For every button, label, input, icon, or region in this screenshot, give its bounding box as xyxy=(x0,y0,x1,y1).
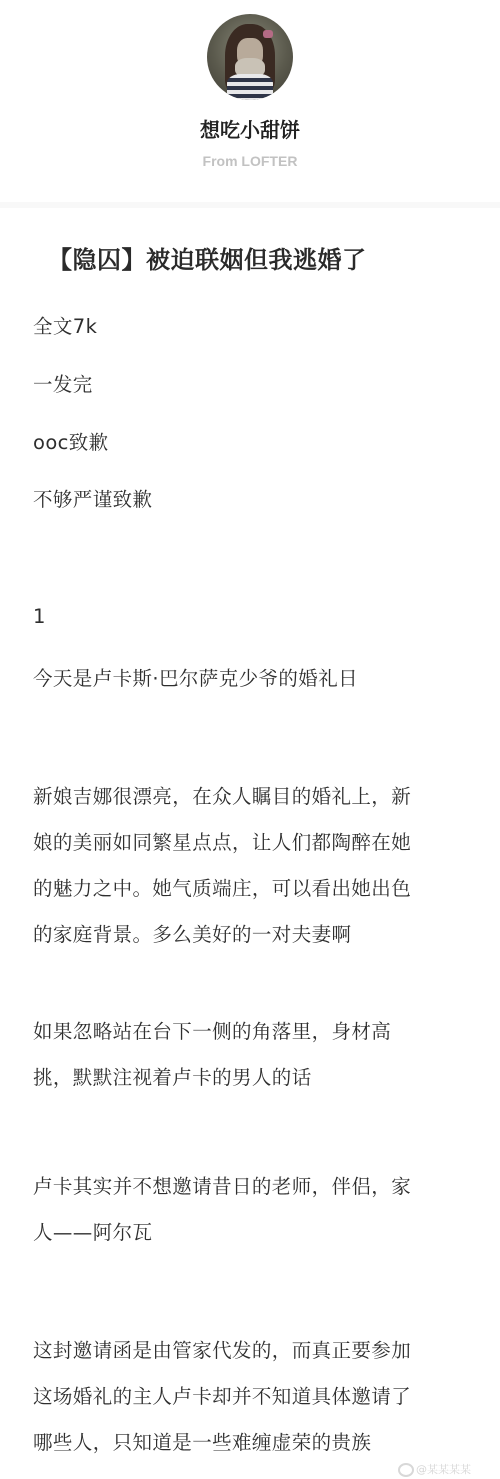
avatar-shirt xyxy=(227,74,273,100)
article-title: 【隐囚】被迫联姻但我逃婚了 xyxy=(48,240,367,275)
author-name[interactable]: 想吃小甜饼 xyxy=(0,114,500,143)
paragraph-line: 卢卡其实并不想邀请昔日的老师，伴侣，家 xyxy=(33,1171,411,1199)
paragraph-line: 新娘吉娜很漂亮，在众人瞩目的婚礼上，新 xyxy=(33,781,411,809)
paragraph-line: 的魅力之中。她气质端庄，可以看出她出色 xyxy=(33,873,411,901)
watermark-text: @某某某某 xyxy=(416,1463,471,1476)
note-ooc: ooc致歉 xyxy=(33,427,109,455)
paragraph-line: 这场婚礼的主人卢卡却并不知道具体邀请了 xyxy=(33,1381,411,1409)
note-oneshot: 一发完 xyxy=(33,369,93,397)
source-label: From LOFTER xyxy=(0,153,500,169)
divider xyxy=(0,202,500,208)
avatar-bow xyxy=(263,30,273,38)
avatar[interactable] xyxy=(207,14,293,100)
paragraph-line: 挑，默默注视着卢卡的男人的话 xyxy=(33,1062,312,1090)
paragraph-line: 人——阿尔瓦 xyxy=(33,1217,152,1245)
paragraph-line: 娘的美丽如同繁星点点，让人们都陶醉在她 xyxy=(33,827,411,855)
paragraph-line: 哪些人，只知道是一些难缠虚荣的贵族 xyxy=(33,1427,371,1455)
weibo-icon xyxy=(398,1463,414,1477)
note-rigor: 不够严谨致歉 xyxy=(33,484,152,512)
chapter-number: 1 xyxy=(33,605,46,628)
paragraph-line: 的家庭背景。多么美好的一对夫妻啊 xyxy=(33,919,351,947)
paragraph-line: 今天是卢卡斯·巴尔萨克少爷的婚礼日 xyxy=(33,663,358,691)
paragraph-line: 这封邀请函是由管家代发的，而真正要参加 xyxy=(33,1335,411,1363)
watermark: @某某某某 xyxy=(398,1461,471,1477)
paragraph-line: 如果忽略站在台下一侧的角落里，身材高 xyxy=(33,1016,391,1044)
note-word-count: 全文7k xyxy=(33,311,97,339)
author-header: 想吃小甜饼 From LOFTER xyxy=(0,0,500,204)
